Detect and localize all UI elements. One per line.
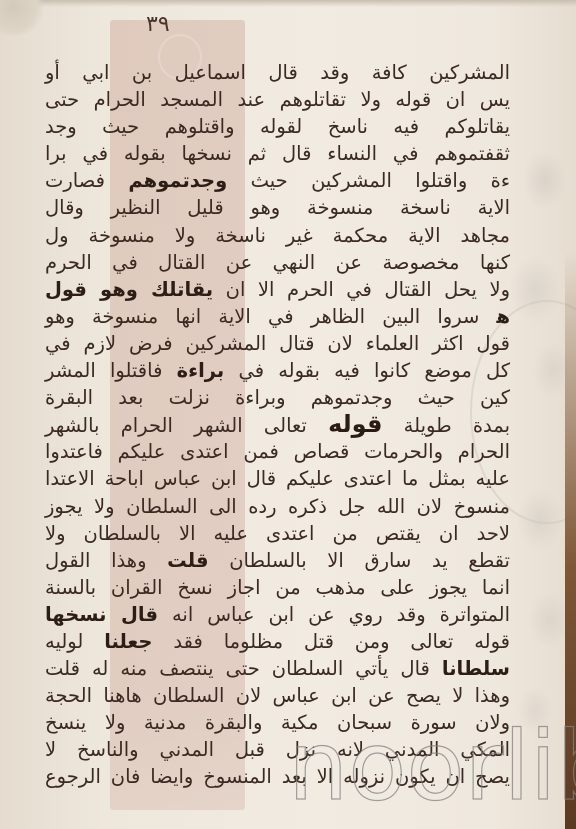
line-text: سروا البين الظاهر في الاية انها منسوخة و… bbox=[45, 305, 479, 328]
emphasized-word: يقاتلك وهو قول bbox=[45, 278, 213, 301]
line-text: المشركين كافة وقد قال اسماعيل بن ابي أو bbox=[45, 61, 510, 84]
line-text: بمدة طويلة bbox=[404, 414, 510, 437]
manuscript-line: قوله تعالى ومن قتل مظلوما فقد جعلنا لولي… bbox=[45, 628, 510, 655]
line-text: ولا يحل القتال في الحرم الا ان bbox=[226, 278, 510, 301]
manuscript-line: وهذا لا يصح عن ابن عباس لان السلطان هاهن… bbox=[45, 682, 510, 709]
emphasized-word: جعلنا bbox=[104, 630, 152, 653]
corner-stain bbox=[0, 0, 44, 36]
line-text: قول اكثر العلماء لان قتال المشركين فرض ل… bbox=[45, 332, 510, 355]
manuscript-line: ﻫ سروا البين الظاهر في الاية انها منسوخة… bbox=[45, 303, 510, 330]
section-mark-icon: ﻫ bbox=[496, 305, 510, 328]
manuscript-line: سلطانا قال يأتي السلطان حتى ينتصف منه له… bbox=[45, 655, 510, 682]
emphasized-word: وجدتموهم bbox=[128, 169, 227, 192]
manuscript-text: المشركين كافة وقد قال اسماعيل بن ابي أو … bbox=[45, 59, 510, 791]
line-text: مجاهد الاية محكمة غير ناسخة ولا منسوخة و… bbox=[45, 224, 510, 247]
emphasized-word: قال نسخها bbox=[45, 603, 158, 626]
line-text: تقطع يد سارق الا بالسلطان bbox=[229, 549, 510, 572]
page-top-edge bbox=[0, 0, 576, 7]
line-text: كين حيث وجدتموهم وبراءة نزلت بعد البقرة bbox=[45, 386, 510, 409]
library-watermark: noorlib bbox=[288, 720, 576, 820]
manuscript-line: المتواترة وقد روي عن ابن عباس انه قال نس… bbox=[45, 601, 510, 628]
manuscript-line: الحرام والحرمات قصاص فمن اعتدى عليكم فاع… bbox=[45, 438, 510, 465]
line-text: انما يجوز على مذهب من اجاز نسخ القران با… bbox=[45, 576, 510, 599]
line-text: تعالى الشهر الحرام بالشهر bbox=[45, 414, 307, 437]
line-text: لوليه bbox=[45, 630, 83, 653]
line-text: قال يأتي السلطان حتى ينتصف منه له قلت bbox=[45, 657, 430, 680]
line-text: المتواترة وقد روي عن ابن عباس انه bbox=[172, 603, 510, 626]
line-text: الاية ناسخة منسوخة وهو قليل النظير وقال bbox=[45, 196, 510, 219]
line-text: لاحد ان يقتص من اعتدى عليه الا بالسلطان … bbox=[45, 522, 510, 545]
manuscript-line: ولا يحل القتال في الحرم الا ان يقاتلك وه… bbox=[45, 276, 510, 303]
manuscript-line: الاية ناسخة منسوخة وهو قليل النظير وقال bbox=[45, 194, 510, 221]
emphasized-word: قلت bbox=[167, 549, 208, 572]
manuscript-line: عليه بمثل ما اعتدى عليكم قال ابن عباس اب… bbox=[45, 465, 510, 492]
line-text: فاقتلوا المشر bbox=[45, 359, 162, 382]
line-text: منسوخ لان الله جل ذكره رده الى السلطان و… bbox=[45, 495, 510, 518]
manuscript-line: المشركين كافة وقد قال اسماعيل بن ابي أو bbox=[45, 59, 510, 86]
line-text: ءة واقتلوا المشركين حيث bbox=[251, 169, 510, 192]
manuscript-line: كنها مخصوصة عن النهي عن القتال في الحرم bbox=[45, 249, 510, 276]
line-text: فصارت bbox=[45, 169, 105, 192]
line-text: يقاتلوكم فيه ناسخ لقوله واقتلوهم حيث وجد bbox=[45, 115, 510, 138]
line-text: قوله تعالى ومن قتل مظلوما فقد bbox=[173, 630, 510, 653]
emphasized-word: براءة bbox=[177, 359, 225, 382]
manuscript-line: كين حيث وجدتموهم وبراءة نزلت بعد البقرة bbox=[45, 384, 510, 411]
manuscript-line: يس ان قوله ولا تقاتلوهم عند المسجد الحرا… bbox=[45, 86, 510, 113]
manuscript-line: تقطع يد سارق الا بالسلطان قلت وهذا القول bbox=[45, 547, 510, 574]
line-text: كل موضع كانوا فيه بقوله في bbox=[238, 359, 510, 382]
manuscript-line: لاحد ان يقتص من اعتدى عليه الا بالسلطان … bbox=[45, 520, 510, 547]
manuscript-line: ثقفتموهم في النساء قال ثم نسخها بقوله في… bbox=[45, 140, 510, 167]
manuscript-line: يقاتلوكم فيه ناسخ لقوله واقتلوهم حيث وجد bbox=[45, 113, 510, 140]
line-text: وهذا لا يصح عن ابن عباس لان السلطان هاهن… bbox=[45, 684, 510, 707]
emphasized-word: سلطانا bbox=[442, 657, 510, 680]
folio-number: ٣٩ bbox=[146, 12, 170, 37]
line-text: وهذا القول bbox=[45, 549, 146, 572]
line-text: عليه بمثل ما اعتدى عليكم قال ابن عباس اب… bbox=[45, 467, 510, 490]
manuscript-line: قول اكثر العلماء لان قتال المشركين فرض ل… bbox=[45, 330, 510, 357]
line-text: الحرام والحرمات قصاص فمن اعتدى عليكم فاع… bbox=[45, 440, 510, 463]
manuscript-line: انما يجوز على مذهب من اجاز نسخ القران با… bbox=[45, 574, 510, 601]
manuscript-line: مجاهد الاية محكمة غير ناسخة ولا منسوخة و… bbox=[45, 222, 510, 249]
manuscript-line: منسوخ لان الله جل ذكره رده الى السلطان و… bbox=[45, 493, 510, 520]
manuscript-line: ءة واقتلوا المشركين حيث وجدتموهم فصارت bbox=[45, 167, 510, 194]
rubric-heading: قوله bbox=[328, 410, 382, 438]
line-text: يس ان قوله ولا تقاتلوهم عند المسجد الحرا… bbox=[45, 88, 510, 111]
manuscript-line: كل موضع كانوا فيه بقوله في براءة فاقتلوا… bbox=[45, 357, 510, 384]
manuscript-line: بمدة طويلة قوله تعالى الشهر الحرام بالشه… bbox=[45, 411, 510, 438]
line-text: ثقفتموهم في النساء قال ثم نسخها بقوله في… bbox=[45, 142, 510, 165]
line-text: كنها مخصوصة عن النهي عن القتال في الحرم bbox=[45, 251, 510, 274]
